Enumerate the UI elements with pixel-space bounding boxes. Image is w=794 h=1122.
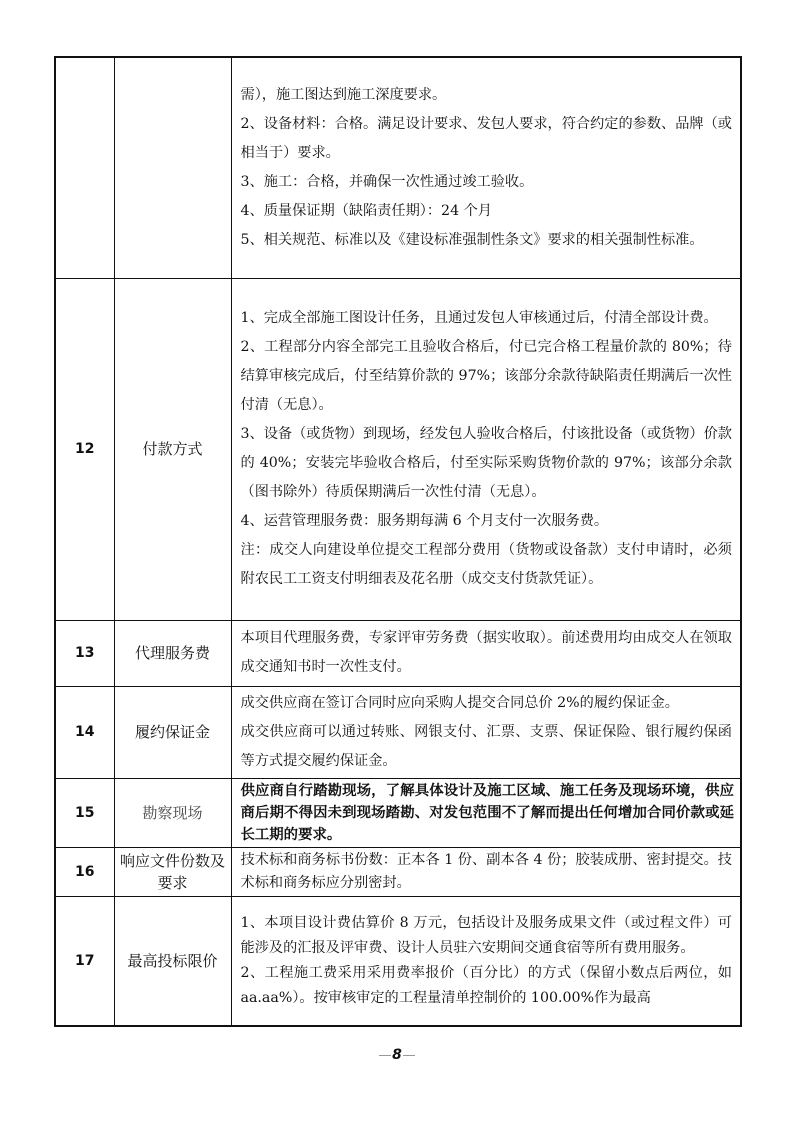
content-line: 1、本项目设计费估算价 8 万元，包括设计及服务成果文件（或过程文件）可能涉及的…	[241, 911, 733, 961]
content-line: 注：成交人向建设单位提交工程部分费用（货物或设备款）支付申请时，必须附农民工工资…	[241, 536, 733, 594]
table-row: 12 付款方式 1、完成全部施工图设计任务，且通过发包人审核通过后，付清全部设计…	[55, 278, 741, 620]
row-number: 16	[55, 847, 114, 896]
content-line: 2、工程施工费采用采用费率报价（百分比）的方式（保留小数点后两位，如 aa.aa…	[241, 961, 733, 1011]
table-row: 17 最高投标限价 1、本项目设计费估算价 8 万元，包括设计及服务成果文件（或…	[55, 896, 741, 1026]
row-content: 成交供应商在签订合同时应向采购人提交合同总价 2%的履约保证金。 成交供应商可以…	[231, 686, 741, 778]
content-line: 成交供应商在签订合同时应向采购人提交合同总价 2%的履约保证金。	[241, 689, 733, 718]
content-line: 2、工程部分内容全部完工且验收合格后，付已完合格工程量价款的 80%；待结算审核…	[241, 333, 733, 420]
content-line: 本项目代理服务费，专家评审劳务费（据实收取）。前述费用均由成交人在领取成交通知书…	[241, 624, 733, 682]
row-label: 勘察现场	[114, 778, 231, 847]
row-label: 最高投标限价	[114, 896, 231, 1026]
row-label	[114, 57, 231, 278]
row-number	[55, 57, 114, 278]
content-line: 4、质量保证期（缺陷责任期）：24 个月	[241, 197, 733, 226]
row-number: 12	[55, 278, 114, 620]
document-page: 需），施工图达到施工深度要求。 2、设备材料：合格。满足设计要求、发包人要求，符…	[0, 0, 794, 1122]
row-number: 13	[55, 620, 114, 686]
procurement-terms-table: 需），施工图达到施工深度要求。 2、设备材料：合格。满足设计要求、发包人要求，符…	[54, 56, 742, 1027]
row-label: 响应文件份数及要求	[114, 847, 231, 896]
footer-dash-right	[403, 1055, 415, 1056]
content-line: 5、相关规范、标准以及《建设标准强制性条文》要求的相关强制性标准。	[241, 226, 733, 255]
row-number: 17	[55, 896, 114, 1026]
content-line: 4、运营管理服务费：服务期每满 6 个月支付一次服务费。	[241, 507, 733, 536]
content-line: 1、完成全部施工图设计任务，且通过发包人审核通过后，付清全部设计费。	[241, 304, 733, 333]
row-label: 付款方式	[114, 278, 231, 620]
table-row: 15 勘察现场 供应商自行踏勘现场，了解具体设计及施工区域、施工任务及现场环境，…	[55, 778, 741, 847]
row-content: 1、本项目设计费估算价 8 万元，包括设计及服务成果文件（或过程文件）可能涉及的…	[231, 896, 741, 1026]
row-content: 技术标和商务标书份数：正本各 1 份、副本各 4 份；胶装成册、密封提交。技术标…	[231, 847, 741, 896]
row-content: 供应商自行踏勘现场，了解具体设计及施工区域、施工任务及现场环境，供应商后期不得因…	[231, 778, 741, 847]
row-number: 15	[55, 778, 114, 847]
content-line: 需），施工图达到施工深度要求。	[241, 81, 733, 110]
footer-dash-left	[379, 1055, 391, 1056]
row-label: 履约保证金	[114, 686, 231, 778]
table-row: 14 履约保证金 成交供应商在签订合同时应向采购人提交合同总价 2%的履约保证金…	[55, 686, 741, 778]
table-row: 16 响应文件份数及要求 技术标和商务标书份数：正本各 1 份、副本各 4 份；…	[55, 847, 741, 896]
table-row: 13 代理服务费 本项目代理服务费，专家评审劳务费（据实收取）。前述费用均由成交…	[55, 620, 741, 686]
row-content: 本项目代理服务费，专家评审劳务费（据实收取）。前述费用均由成交人在领取成交通知书…	[231, 620, 741, 686]
content-line: 3、施工：合格，并确保一次性通过竣工验收。	[241, 168, 733, 197]
content-line: 成交供应商可以通过转账、网银支付、汇票、支票、保证保险、银行履约保函等方式提交履…	[241, 718, 733, 776]
page-footer: 8	[0, 1047, 794, 1063]
content-line: 3、设备（或货物）到现场，经发包人验收合格后，付该批设备（或货物）价款的 40%…	[241, 420, 733, 507]
row-label: 代理服务费	[114, 620, 231, 686]
row-number: 14	[55, 686, 114, 778]
row-content: 需），施工图达到施工深度要求。 2、设备材料：合格。满足设计要求、发包人要求，符…	[231, 57, 741, 278]
page-number: 8	[392, 1047, 402, 1063]
content-line: 技术标和商务标书份数：正本各 1 份、副本各 4 份；胶装成册、密封提交。技术标…	[241, 849, 733, 895]
content-line: 2、设备材料：合格。满足设计要求、发包人要求，符合约定的参数、品牌（或相当于）要…	[241, 110, 733, 168]
content-line: 供应商自行踏勘现场，了解具体设计及施工区域、施工任务及现场环境，供应商后期不得因…	[241, 780, 735, 846]
row-content: 1、完成全部施工图设计任务，且通过发包人审核通过后，付清全部设计费。 2、工程部…	[231, 278, 741, 620]
table-row: 需），施工图达到施工深度要求。 2、设备材料：合格。满足设计要求、发包人要求，符…	[55, 57, 741, 278]
